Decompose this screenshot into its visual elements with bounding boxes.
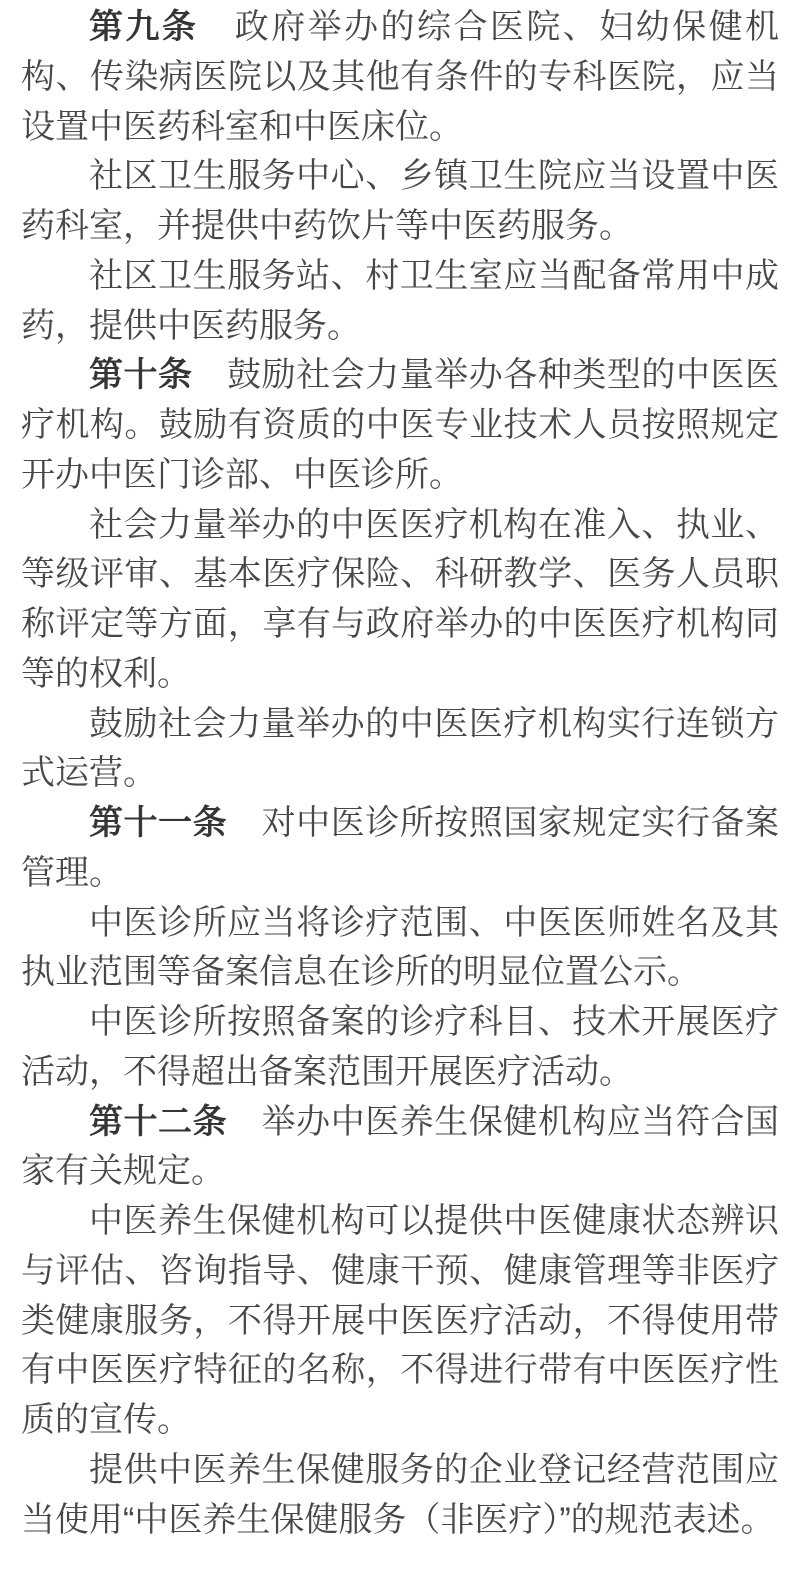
article-9-para-3: 社区卫生服务站、村卫生室应当配备常用中成药，提供中医药服务。 <box>21 252 779 352</box>
article-12-number: 第十二条 <box>89 1103 262 1141</box>
paragraph-text: 中医诊所按照备案的诊疗科目、技术开展医疗活动，不得超出备案范围开展医疗活动。 <box>21 1003 779 1091</box>
article-11-para-2: 中医诊所应当将诊疗范围、中医医师姓名及其执业范围等备案信息在诊所的明显位置公示。 <box>21 899 779 999</box>
paragraph-text: 鼓励社会力量举办的中医医疗机构实行连锁方式运营。 <box>21 705 779 793</box>
paragraph-text: 中医养生保健机构可以提供中医健康状态辨识与评估、咨询指导、健康干预、健康管理等非… <box>21 1202 779 1439</box>
article-11-number: 第十一条 <box>89 804 262 842</box>
article-12-para-2: 中医养生保健机构可以提供中医健康状态辨识与评估、咨询指导、健康干预、健康管理等非… <box>21 1197 779 1446</box>
article-11-opening: 第十一条 对中医诊所按照国家规定实行备案管理。 <box>21 799 779 899</box>
paragraph-text: 提供中医养生保健服务的企业登记经营范围应当使用“中医养生保健服务（非医疗）”的规… <box>21 1451 779 1539</box>
article-10-para-3: 鼓励社会力量举办的中医医疗机构实行连锁方式运营。 <box>21 700 779 800</box>
article-10-number: 第十条 <box>89 356 227 394</box>
article-9-opening: 第九条 政府举办的综合医院、妇幼保健机构、传染病医院以及其他有条件的专科医院，应… <box>21 3 779 152</box>
paragraph-text: 社会力量举办的中医医疗机构在准入、执业、等级评审、基本医疗保险、科研教学、医务人… <box>21 506 779 693</box>
article-9-number: 第九条 <box>89 8 235 46</box>
paragraph-text: 社区卫生服务站、村卫生室应当配备常用中成药，提供中医药服务。 <box>21 257 779 345</box>
document-page: 第九条 政府举办的综合医院、妇幼保健机构、传染病医院以及其他有条件的专科医院，应… <box>0 0 800 1592</box>
article-10-opening: 第十条 鼓励社会力量举办各种类型的中医医疗机构。鼓励有资质的中医专业技术人员按照… <box>21 351 779 500</box>
paragraph-text: 中医诊所应当将诊疗范围、中医医师姓名及其执业范围等备案信息在诊所的明显位置公示。 <box>21 904 779 992</box>
article-9-para-2: 社区卫生服务中心、乡镇卫生院应当设置中医药科室，并提供中药饮片等中医药服务。 <box>21 152 779 252</box>
article-10-para-2: 社会力量举办的中医医疗机构在准入、执业、等级评审、基本医疗保险、科研教学、医务人… <box>21 501 779 700</box>
article-11-para-3: 中医诊所按照备案的诊疗科目、技术开展医疗活动，不得超出备案范围开展医疗活动。 <box>21 998 779 1098</box>
paragraph-text: 社区卫生服务中心、乡镇卫生院应当设置中医药科室，并提供中药饮片等中医药服务。 <box>21 157 779 245</box>
article-12-para-3: 提供中医养生保健服务的企业登记经营范围应当使用“中医养生保健服务（非医疗）”的规… <box>21 1446 779 1546</box>
article-12-opening: 第十二条 举办中医养生保健机构应当符合国家有关规定。 <box>21 1098 779 1198</box>
